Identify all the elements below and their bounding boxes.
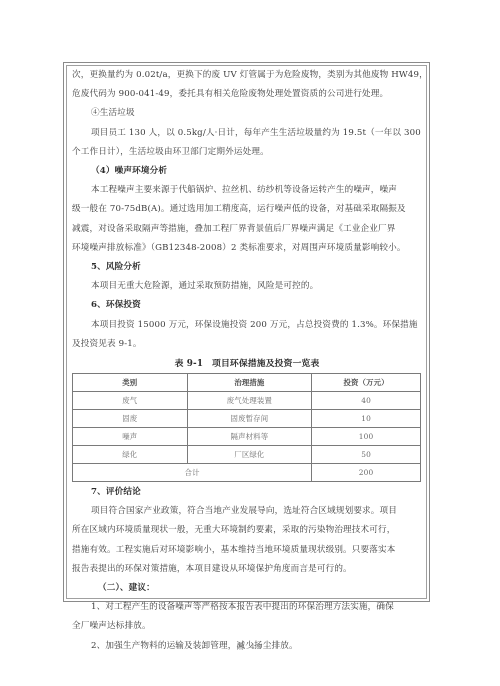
risk-section-heading: 5、风险分析 [72,258,422,277]
table-cell: 固废暂存间 [187,410,312,428]
table-cell: 废气处理装置 [187,392,312,410]
paragraph-line: 次，更换量约为 0.02t/a，更换下的废 UV 灯管属于为危险废物，类别为其他… [72,66,422,85]
table-cell: 50 [312,446,421,464]
table-header-cell: 投资（万元） [312,374,421,392]
table-total-row: 合计 200 [73,464,421,482]
table-row: 噪声 隔声材料等 100 [73,428,421,446]
paragraph-line: 危废代码为 900-041-49，委托具有相关危险废物处理处置资质的公司进行处理… [72,85,422,104]
paragraph-line: 项目符合国家产业政策，符合当地产业发展导向，选址符合区域规划要求。项目 [72,502,422,521]
table-header-cell: 治理措施 [187,374,312,392]
investment-section-heading: 6、环保投资 [72,296,422,315]
paragraph-line: 项目员工 130 人，以 0.5kg/人·日计，每年产生生活垃圾量约为 19.5… [72,124,422,143]
table-cell: 厂区绿化 [187,446,312,464]
table-cell: 100 [312,428,421,446]
paragraph-line: 报告表提出的环保对策措施，本项目建设从环境保护角度而言是可行的。 [72,560,422,579]
page-number: 附 49 [0,642,500,652]
paragraph-line: 1、对工程产生的设备噪声等严格按本报告表中提出的环保治理方法实施，确保 [72,598,422,617]
paragraph-line: 本工程噪声主要来源于代船锅炉、拉丝机、纺纱机等设备运转产生的噪声，噪声 [72,181,422,200]
table-cell: 噪声 [73,428,188,446]
paragraph-line: 本项目无重大危险源，通过采取预防措施，风险是可控的。 [72,277,422,296]
table-cell: 固废 [73,410,188,428]
table-cell: 10 [312,410,421,428]
table-row: 废气 废气处理装置 40 [73,392,421,410]
table-header-row: 类别 治理措施 投资（万元） [73,374,421,392]
paragraph-line: 个工作日计），生活垃圾由环卫部门定期外运处理。 [72,143,422,162]
paragraph-line: 全厂噪声达标排放。 [72,617,422,636]
table-row: 固废 固废暂存间 10 [73,410,421,428]
table-cell: 绿化 [73,446,188,464]
table-total-value: 200 [312,464,421,482]
paragraph-line: 本项目投资 15000 万元，环保设施投资 200 万元，占总投资费的 1.3%… [72,316,422,335]
table-cell: 40 [312,392,421,410]
paragraph-line: 级一般在 70-75dB(A)。通过选用加工精度高，运行噪声低的设备，对基础采取… [72,200,422,219]
table-total-label: 合计 [73,464,312,482]
suggestions-heading: （二）、建议： [72,579,422,598]
table-cell: 废气 [73,392,188,410]
document-body: 次，更换量约为 0.02t/a，更换下的废 UV 灯管属于为危险废物，类别为其他… [72,66,422,656]
paragraph-line: 措施有效。工程实施后对环境影响小，基本维持当地环境质量现状级别。只要落实本 [72,541,422,560]
investment-table: 类别 治理措施 投资（万元） 废气 废气处理装置 40 固废 固废暂存间 10 … [72,373,421,482]
table-header-cell: 类别 [73,374,188,392]
table-cell: 隔声材料等 [187,428,312,446]
paragraph-line: 减震，对设备采取隔声等措施，叠加工程厂界背景值后厂界噪声满足《工业企业厂界 [72,220,422,239]
paragraph-line: 所在区域内环境质量现状一般，无重大环境制约要素，采取的污染物治理技术可行， [72,521,422,540]
domestic-waste-heading: ④生活垃圾 [72,104,422,123]
conclusion-section-heading: 7、评价结论 [72,483,422,502]
table-caption: 表 9-1 项目环保措施及投资一览表 [72,355,422,373]
table-row: 绿化 厂区绿化 50 [73,446,421,464]
paragraph-line: 环境噪声排放标准》（GB12348-2008）2 类标准要求，对周围声环境质量影… [72,239,422,258]
noise-section-heading: （4）噪声环境分析 [72,162,422,181]
paragraph-line: 及投资见表 9-1。 [72,335,422,354]
